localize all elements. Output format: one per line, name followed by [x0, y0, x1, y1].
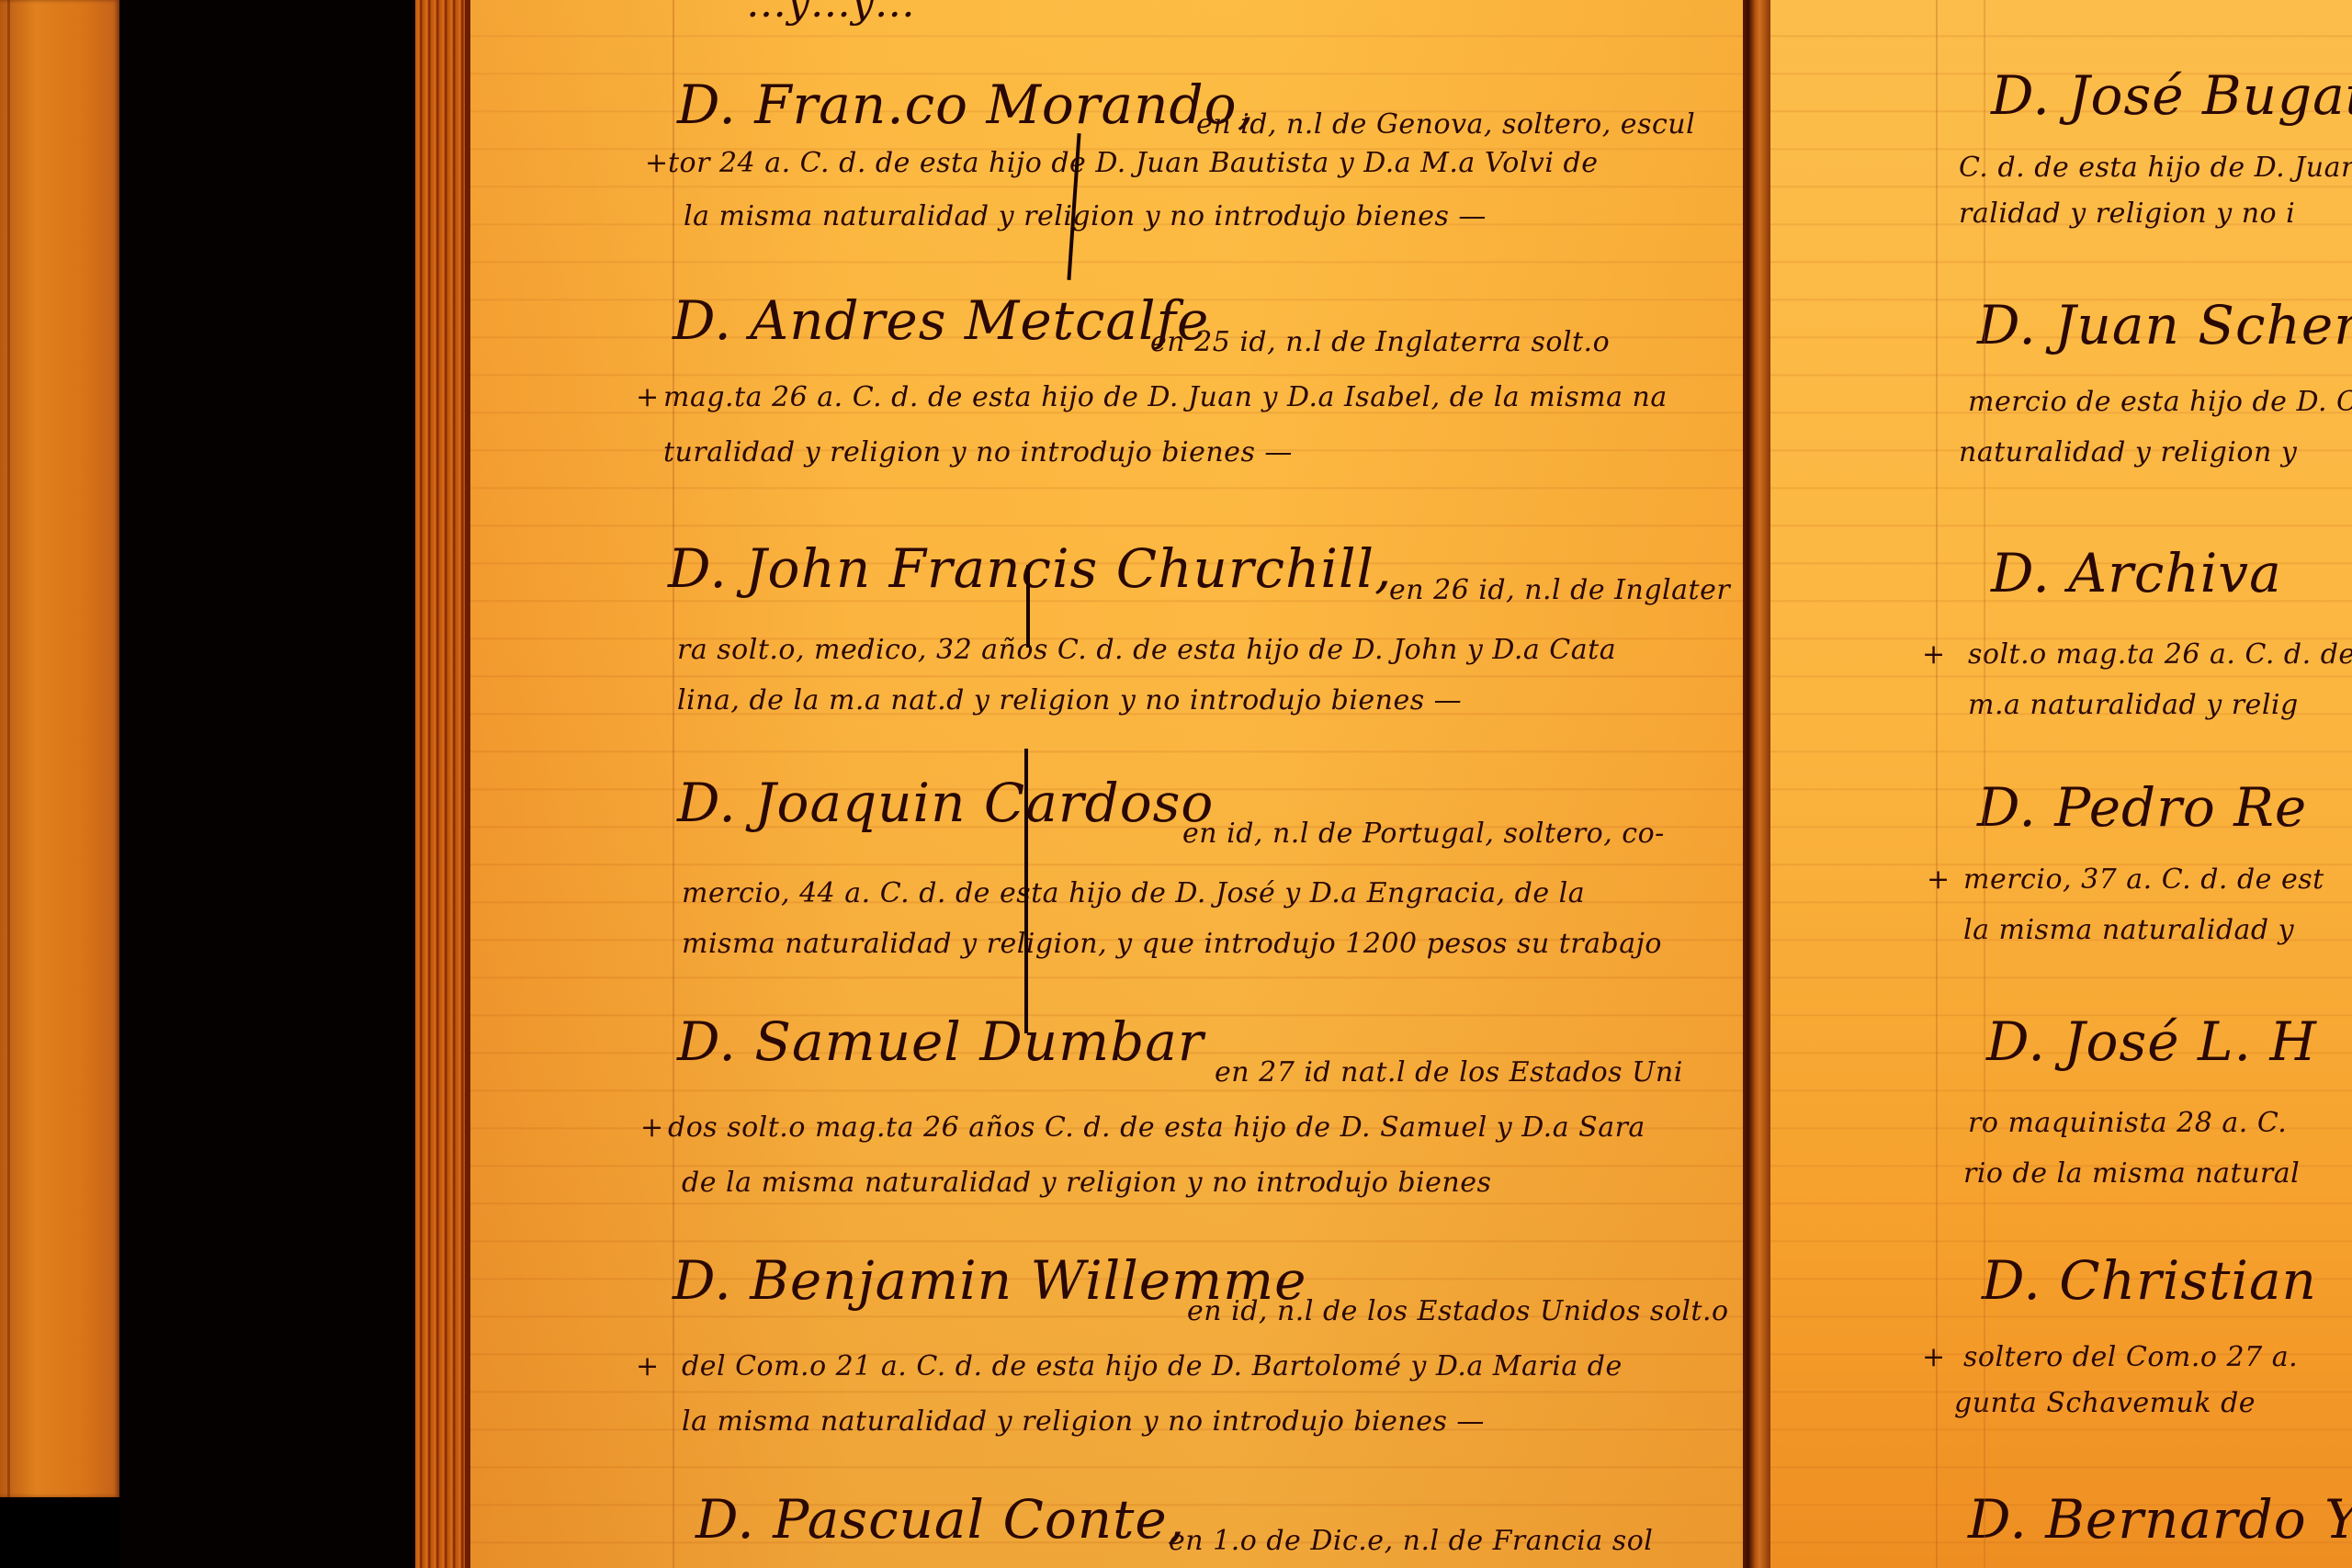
- entry-line-3: la misma naturalidad y religion y no int…: [682, 1405, 1485, 1438]
- entry-john-francis-churchill: D. John Francis Churchill, en 26 id, n.l…: [470, 519, 1743, 739]
- entry-andres-metcalfe: D. Andres Metcalfe en 25 id, n.l de Ingl…: [470, 280, 1743, 501]
- entry-line-3: misma naturalidad y religion, y que intr…: [682, 928, 1662, 960]
- entry-line-3: la misma naturalidad y: [1963, 914, 2294, 946]
- entry-benjamin-willemme: D. Benjamin Willemme en id, n.l de los E…: [470, 1231, 1743, 1451]
- left-page: …y…y… D. Fran.co Morando, en id, n.l de …: [470, 0, 1743, 1568]
- entry-heading: D. Pedro Re: [1977, 776, 2307, 839]
- entry-line-2: mercio de esta hijo de D. C: [1968, 386, 2352, 418]
- entry-pedro-re: D. Pedro Re + mercio, 37 a. C. d. de est…: [1770, 753, 2352, 974]
- entry-heading: D. Joaquin Cardoso: [677, 772, 1214, 834]
- pen-stroke: [1024, 749, 1028, 1033]
- entry-heading: D. Pascual Conte,: [695, 1488, 1185, 1551]
- entry-line-1-tail: en id, n.l de Genova, soltero, escul: [1196, 108, 1695, 141]
- entry-line-1-tail: en id, n.l de Portugal, soltero, co-: [1182, 818, 1665, 850]
- entry-line-3: gunta Schavemuk de: [1954, 1387, 2256, 1419]
- entry-jose-bugat: D. José Bugat, C. d. de esta hijo de D. …: [1770, 46, 2352, 266]
- entry-line-1-tail: en 25 id, n.l de Inglaterra solt.o: [1150, 326, 1610, 358]
- margin-mark: +: [636, 381, 659, 413]
- entry-joaquin-cardoso: D. Joaquin Cardoso en id, n.l de Portuga…: [470, 753, 1743, 974]
- entry-heading: D. José Bugat,: [1991, 64, 2352, 127]
- entry-line-1-tail: en id, n.l de los Estados Unidos solt.o: [1187, 1295, 1729, 1327]
- entry-line-2: soltero del Com.o 27 a.: [1963, 1341, 2298, 1373]
- entry-line-1-tail: en 1.o de Dic.e, n.l de Francia sol: [1169, 1525, 1653, 1557]
- entry-line-2: mag.ta 26 a. C. d. de esta hijo de D. Ju…: [663, 381, 1668, 413]
- right-page: D. José Bugat, C. d. de esta hijo de D. …: [1770, 0, 2352, 1568]
- entry-line-2: del Com.o 21 a. C. d. de esta hijo de D.…: [682, 1350, 1623, 1382]
- entry-line-2: tor 24 a. C. d. de esta hijo de D. Juan …: [668, 147, 1598, 179]
- entry-line-3: rio de la misma natural: [1963, 1157, 2300, 1190]
- entry-heading: D. Bernardo Yrigo: [1968, 1488, 2352, 1551]
- entry-heading: D. John Francis Churchill,: [668, 537, 1393, 600]
- entry-line-3: ralidad y religion y no i: [1959, 197, 2295, 230]
- entry-line-3: de la misma naturalidad y religion y no …: [682, 1167, 1491, 1199]
- margin-mark: +: [645, 147, 668, 179]
- pen-stroke: [1026, 565, 1030, 648]
- margin-mark: +: [636, 1350, 659, 1382]
- margin-mark: +: [1922, 638, 1945, 671]
- entry-line-2: solt.o mag.ta 26 a. C. d. de: [1968, 638, 2352, 671]
- dark-background: [119, 0, 423, 1568]
- entry-line-3: turalidad y religion y no introdujo bien…: [663, 436, 1293, 468]
- margin-mark: +: [1922, 1341, 1945, 1373]
- entry-heading: D. Juan Scher: [1977, 294, 2352, 356]
- entry-heading: D. Samuel Dumbar: [677, 1010, 1204, 1073]
- entry-christian: D. Christian + soltero del Com.o 27 a. g…: [1770, 1231, 2352, 1451]
- entry-line-2: mercio, 44 a. C. d. de esta hijo de D. J…: [682, 877, 1585, 909]
- entry-juan-scher: D. Juan Scher mercio de esta hijo de D. …: [1770, 276, 2352, 496]
- entry-line-2: C. d. de esta hijo de D. Juan: [1959, 152, 2352, 184]
- entry-samuel-dumbar: D. Samuel Dumbar en 27 id nat.l de los E…: [470, 992, 1743, 1213]
- entry-line-3: naturalidad y religion y: [1959, 436, 2297, 468]
- entry-line-3: lina, de la m.a nat.d y religion y no in…: [677, 684, 1462, 716]
- margin-mark: +: [1927, 863, 1950, 896]
- entry-jose-l-h: D. José L. H ro maquinista 28 a. C. rio …: [1770, 1001, 2352, 1222]
- entry-heading: D. Christian: [1982, 1249, 2317, 1312]
- entry-line-1-tail: en 26 id, n.l de Inglater: [1389, 574, 1730, 606]
- entry-heading: D. Fran.co Morando,: [677, 73, 1255, 136]
- entry-line-2: dos solt.o mag.ta 26 años C. d. de esta …: [668, 1111, 1645, 1144]
- entry-line-2: ro maquinista 28 a. C.: [1968, 1107, 2287, 1139]
- entry-pascual-conte: D. Pascual Conte, en 1.o de Dic.e, n.l d…: [470, 1470, 1743, 1568]
- entry-line-2: mercio, 37 a. C. d. de est: [1963, 863, 2324, 896]
- entry-heading: D. Archiva: [1991, 542, 2282, 604]
- book-gutter: [1743, 0, 1770, 1568]
- entry-line-3: m.a naturalidad y relig: [1968, 689, 2299, 721]
- entry-archiva: D. Archiva + solt.o mag.ta 26 a. C. d. d…: [1770, 519, 2352, 739]
- top-fragment: …y…y…: [746, 0, 915, 27]
- entry-line-2: ra solt.o, medico, 32 años C. d. de esta…: [677, 634, 1616, 666]
- entry-line-3: la misma naturalidad y religion y no int…: [684, 200, 1487, 232]
- book-cover-edge: [0, 0, 119, 1497]
- entry-heading: D. Andres Metcalfe: [673, 289, 1209, 352]
- entry-bernardo-yrigo: D. Bernardo Yrigo: [1770, 1470, 2352, 1568]
- entry-heading: D. José L. H: [1986, 1010, 2317, 1073]
- margin-mark: +: [640, 1111, 663, 1144]
- entry-francisco-morando: D. Fran.co Morando, en id, n.l de Genova…: [470, 55, 1743, 276]
- page-edges-stack: [415, 0, 470, 1568]
- entry-line-1-tail: en 27 id nat.l de los Estados Uni: [1215, 1056, 1683, 1089]
